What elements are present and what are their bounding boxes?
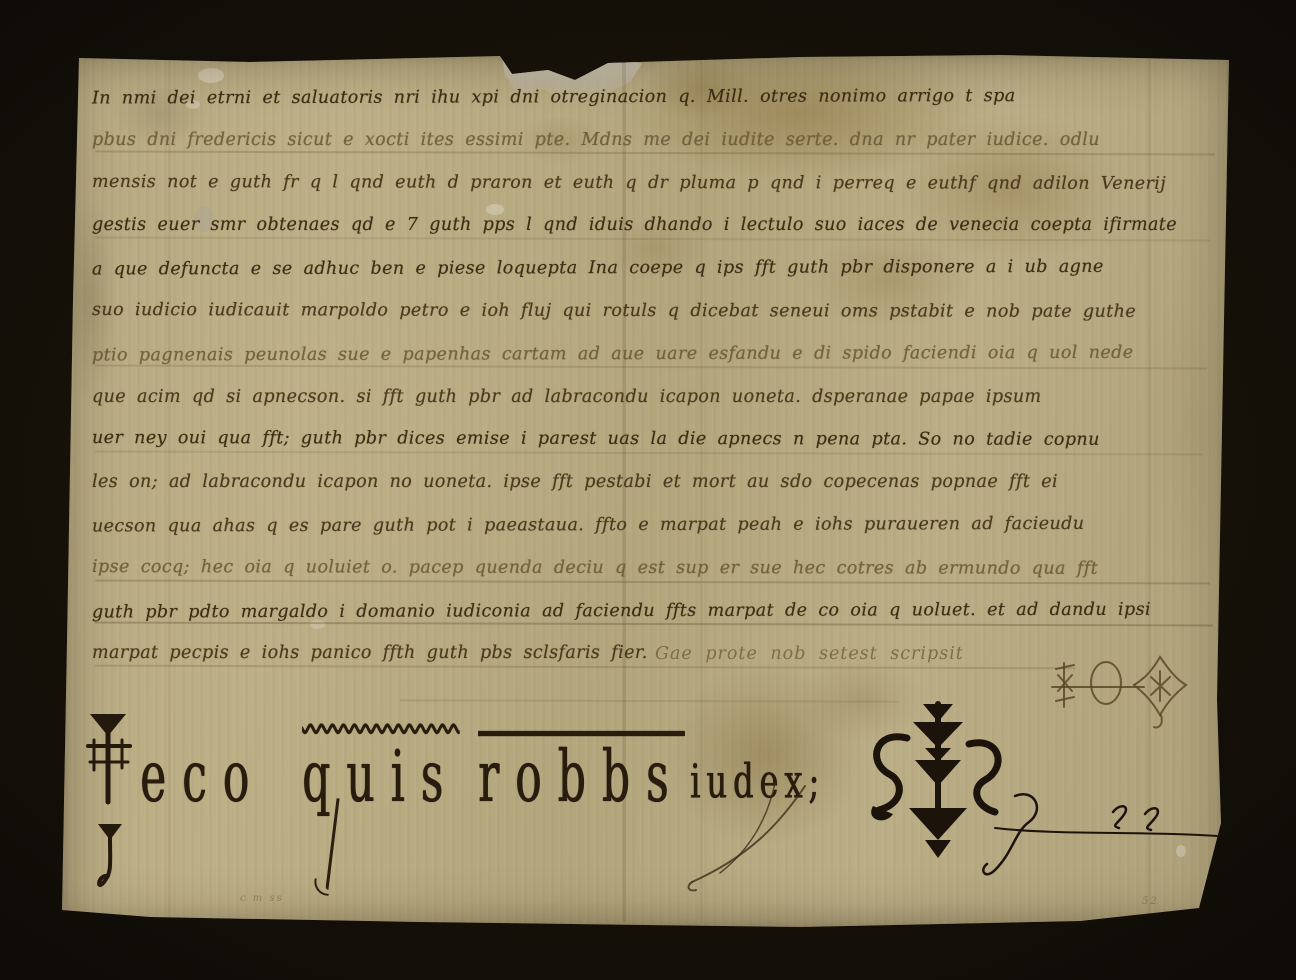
- parchment-edge-shading: [60, 53, 1234, 930]
- parchment: In nmi dei etrni et saluatoris nri ihu x…: [0, 0, 1296, 980]
- charter-photograph: In nmi dei etrni et saluatoris nri ihu x…: [0, 0, 1296, 980]
